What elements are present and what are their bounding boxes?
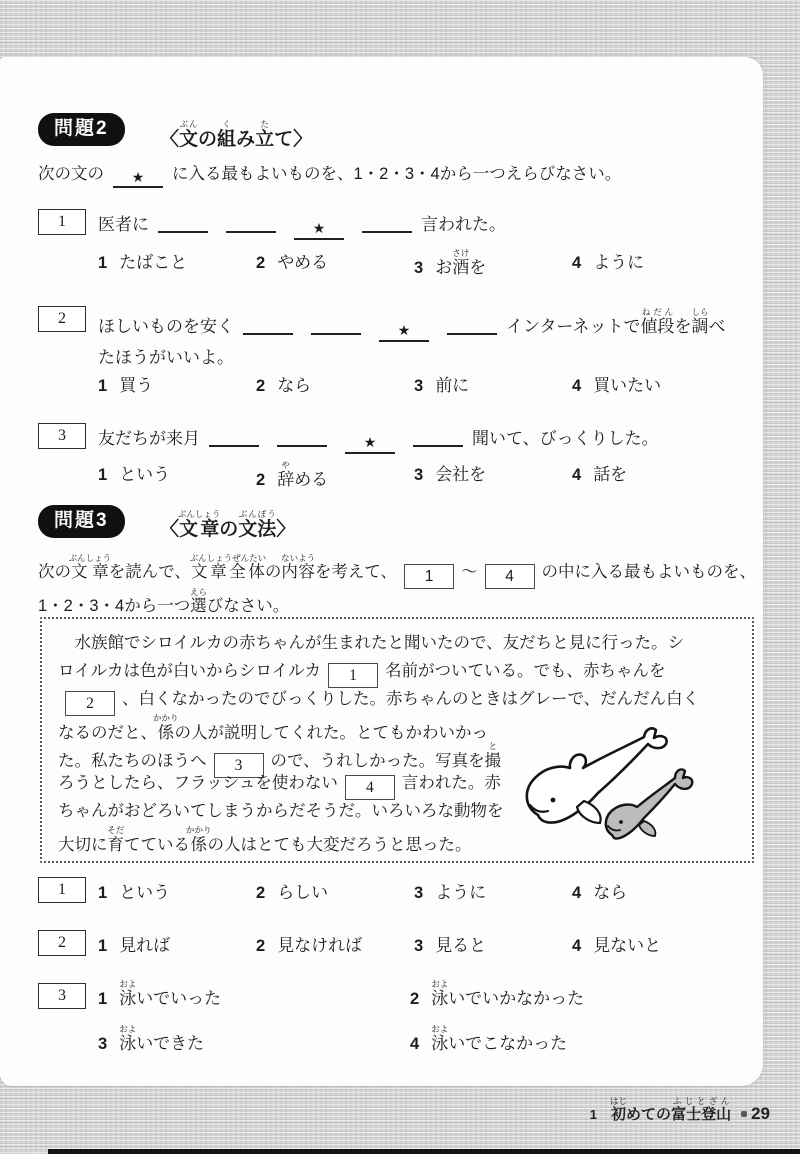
option-label: 見れば xyxy=(119,936,170,955)
option: 3ように xyxy=(414,878,572,903)
option-number: 1 xyxy=(98,884,107,902)
option-number: 3 xyxy=(414,884,423,902)
option: 4ように xyxy=(572,248,730,278)
star-blank-underline: ★ xyxy=(113,169,163,188)
option-label: ように xyxy=(435,883,486,902)
option-label: 前に xyxy=(435,376,469,395)
inline-answer-box: 4 xyxy=(485,564,535,589)
question-options: 1たばこと 2やめる 3お酒さけを 4ように xyxy=(98,248,730,278)
blank-underline xyxy=(311,316,361,335)
option-label: お酒さけを xyxy=(435,258,486,277)
option-number: 1 xyxy=(98,377,107,395)
option-label: たばこと xyxy=(119,253,187,272)
question-number-box: 1 xyxy=(38,209,86,235)
option-label: という xyxy=(119,465,170,484)
option-number: 3 xyxy=(98,1035,107,1053)
option: 3前に xyxy=(414,371,572,396)
passage-line: 水族館でシロイルカの赤ちゃんが生まれたと聞いたので、友だちと見に行った。シ xyxy=(58,629,736,657)
option-number: 4 xyxy=(572,466,581,484)
option-number: 1 xyxy=(98,990,107,1008)
option-label: 泳およいでいかなかった xyxy=(431,989,584,1008)
option-number: 4 xyxy=(572,254,581,272)
option-label: という xyxy=(119,883,170,902)
option-number: 4 xyxy=(410,1035,419,1053)
question-options: 1という 2辞やめる 3会社を 4話を xyxy=(98,460,730,490)
option: 4買いたい xyxy=(572,371,730,396)
option: 1見れば xyxy=(98,931,256,956)
paper-sheet: 問題2 〈文ぶんの組くみ立たて〉 次の文の★に入る最もよいものを、1・2・3・4… xyxy=(0,57,763,1086)
option-label: 辞やめる xyxy=(277,470,328,489)
passage-line: ロイルカは色が白いからシロイルカ1名前がついている。でも、赤ちゃんを xyxy=(58,657,736,685)
footer-title: 初はじめての富士登山ふじとざん xyxy=(611,1106,731,1123)
option-number: 2 xyxy=(410,990,419,1008)
option: 1という xyxy=(98,460,256,490)
mondai3-instruction-line1: 次の文章ぶんしょうを読んで、文章全体ぶんしょうぜんたいの内容ないようを考えて、1… xyxy=(38,553,756,589)
inline-answer-box: 2 xyxy=(65,691,115,716)
option: 2なら xyxy=(256,371,414,396)
option-label: ように xyxy=(593,253,644,272)
option-label: なら xyxy=(277,376,311,395)
blank-underline xyxy=(209,428,259,447)
option: 4話を xyxy=(572,460,730,490)
mondai3-title: 〈文章ぶんしょうの文法ぶんぽう〉 xyxy=(160,509,295,541)
mondai2-title: 〈文ぶんの組くみ立たて〉 xyxy=(160,119,312,151)
option: 4見ないと xyxy=(572,931,730,956)
option-number: 2 xyxy=(256,377,265,395)
question-sentence: 医者に★言われた。 xyxy=(98,210,506,240)
answer-options: 1という 2らしい 3ように 4なら xyxy=(98,878,730,903)
option-number: 3 xyxy=(414,377,423,395)
option-number: 2 xyxy=(256,937,265,955)
option: 3泳およいできた xyxy=(98,1024,410,1054)
option: 3お酒さけを xyxy=(414,248,572,278)
option-label: 見なければ xyxy=(277,936,362,955)
option-label: 買いたい xyxy=(593,376,661,395)
option-label: 泳およいできた xyxy=(119,1034,204,1053)
page-footer: 1初はじめての富士登山ふじとざん29 xyxy=(590,1096,770,1124)
option-number: 4 xyxy=(572,377,581,395)
option: 4泳およいでこなかった xyxy=(410,1024,722,1054)
inline-answer-box: 1 xyxy=(404,564,454,589)
option: 2辞やめる xyxy=(256,460,414,490)
blank-underline xyxy=(226,214,276,233)
option: 2らしい xyxy=(256,878,414,903)
star-blank-underline: ★ xyxy=(379,323,429,342)
option-number: 1 xyxy=(98,466,107,484)
option-number: 1 xyxy=(98,937,107,955)
mondai3-badge: 問題3 xyxy=(38,505,125,538)
option: 1たばこと xyxy=(98,248,256,278)
page-number: 29 xyxy=(751,1104,770,1123)
blank-underline xyxy=(413,428,463,447)
question-sentence: 友だちが来月★聞いて、びっくりした。 xyxy=(98,424,659,454)
option: 2泳およいでいかなかった xyxy=(410,979,722,1009)
answer-options-row: 1泳およいでいった 2泳およいでいかなかった xyxy=(98,979,722,1009)
option-label: 泳およいでこなかった xyxy=(431,1034,567,1053)
question-sentence: ほしいものを安く★インターネットで値段ねだんを調しらべ xyxy=(98,307,726,342)
option: 1買う xyxy=(98,371,256,396)
blank-underline xyxy=(277,428,327,447)
beluga-whales-illustration xyxy=(508,725,738,853)
question-options: 1買う 2なら 3前に 4買いたい xyxy=(98,371,730,396)
blank-underline xyxy=(158,214,208,233)
option-number: 3 xyxy=(414,466,423,484)
option-label: らしい xyxy=(277,883,328,902)
mondai2-instruction: 次の文の★に入る最もよいものを、1・2・3・4から一つえらびなさい。 xyxy=(38,163,621,188)
option-label: 泳およいでいった xyxy=(119,989,221,1008)
option-label: 見ると xyxy=(435,936,486,955)
answer-number-box: 1 xyxy=(38,877,86,903)
star-blank-underline: ★ xyxy=(345,435,395,454)
option: 2やめる xyxy=(256,248,414,278)
option-number: 4 xyxy=(572,937,581,955)
option-number: 2 xyxy=(256,254,265,272)
option: 1という xyxy=(98,878,256,903)
answer-options-two-col: 1泳およいでいった 2泳およいでいかなかった 3泳およいできた 4泳およいでこな… xyxy=(98,979,722,1054)
star-blank-underline: ★ xyxy=(294,221,344,240)
option: 1泳およいでいった xyxy=(98,979,410,1009)
question-number-box: 2 xyxy=(38,306,86,332)
option-label: 会社を xyxy=(435,465,486,484)
option: 4なら xyxy=(572,878,730,903)
mondai3-header: 問題3 xyxy=(38,505,125,538)
mondai2-header: 問題2 xyxy=(38,113,125,146)
blank-underline xyxy=(362,214,412,233)
option-label: やめる xyxy=(277,253,328,272)
option: 3見ると xyxy=(414,931,572,956)
option: 2見なければ xyxy=(256,931,414,956)
footer-chapter-number: 1 xyxy=(590,1107,597,1122)
answer-number-box: 3 xyxy=(38,983,86,1009)
option-label: なら xyxy=(593,883,627,902)
bottom-black-bar xyxy=(48,1149,800,1154)
answer-options-row: 3泳およいできた 4泳およいでこなかった xyxy=(98,1024,722,1054)
option-number: 4 xyxy=(572,884,581,902)
blank-underline xyxy=(447,316,497,335)
option-number: 1 xyxy=(98,254,107,272)
option-number: 3 xyxy=(414,259,423,277)
question-number-box: 3 xyxy=(38,423,86,449)
option: 3会社を xyxy=(414,460,572,490)
mondai2-badge: 問題2 xyxy=(38,113,125,146)
option-number: 2 xyxy=(256,471,265,489)
option-number: 2 xyxy=(256,884,265,902)
page-number-dot-icon xyxy=(741,1111,747,1117)
answer-number-box: 2 xyxy=(38,930,86,956)
answer-options: 1見れば 2見なければ 3見ると 4見ないと xyxy=(98,931,730,956)
question-sentence-line2: たほうがいいよ。 xyxy=(98,343,234,368)
mondai3-instruction-line2: 1・2・3・4から一つ選えらびなさい。 xyxy=(38,587,289,617)
blank-underline xyxy=(243,316,293,335)
option-number: 3 xyxy=(414,937,423,955)
option-label: 買う xyxy=(119,376,153,395)
option-label: 見ないと xyxy=(593,936,661,955)
passage-line: 2、白くなかったのでびっくりした。赤ちゃんのときはグレーで、だんだん白く xyxy=(58,685,736,713)
option-label: 話を xyxy=(593,465,627,484)
